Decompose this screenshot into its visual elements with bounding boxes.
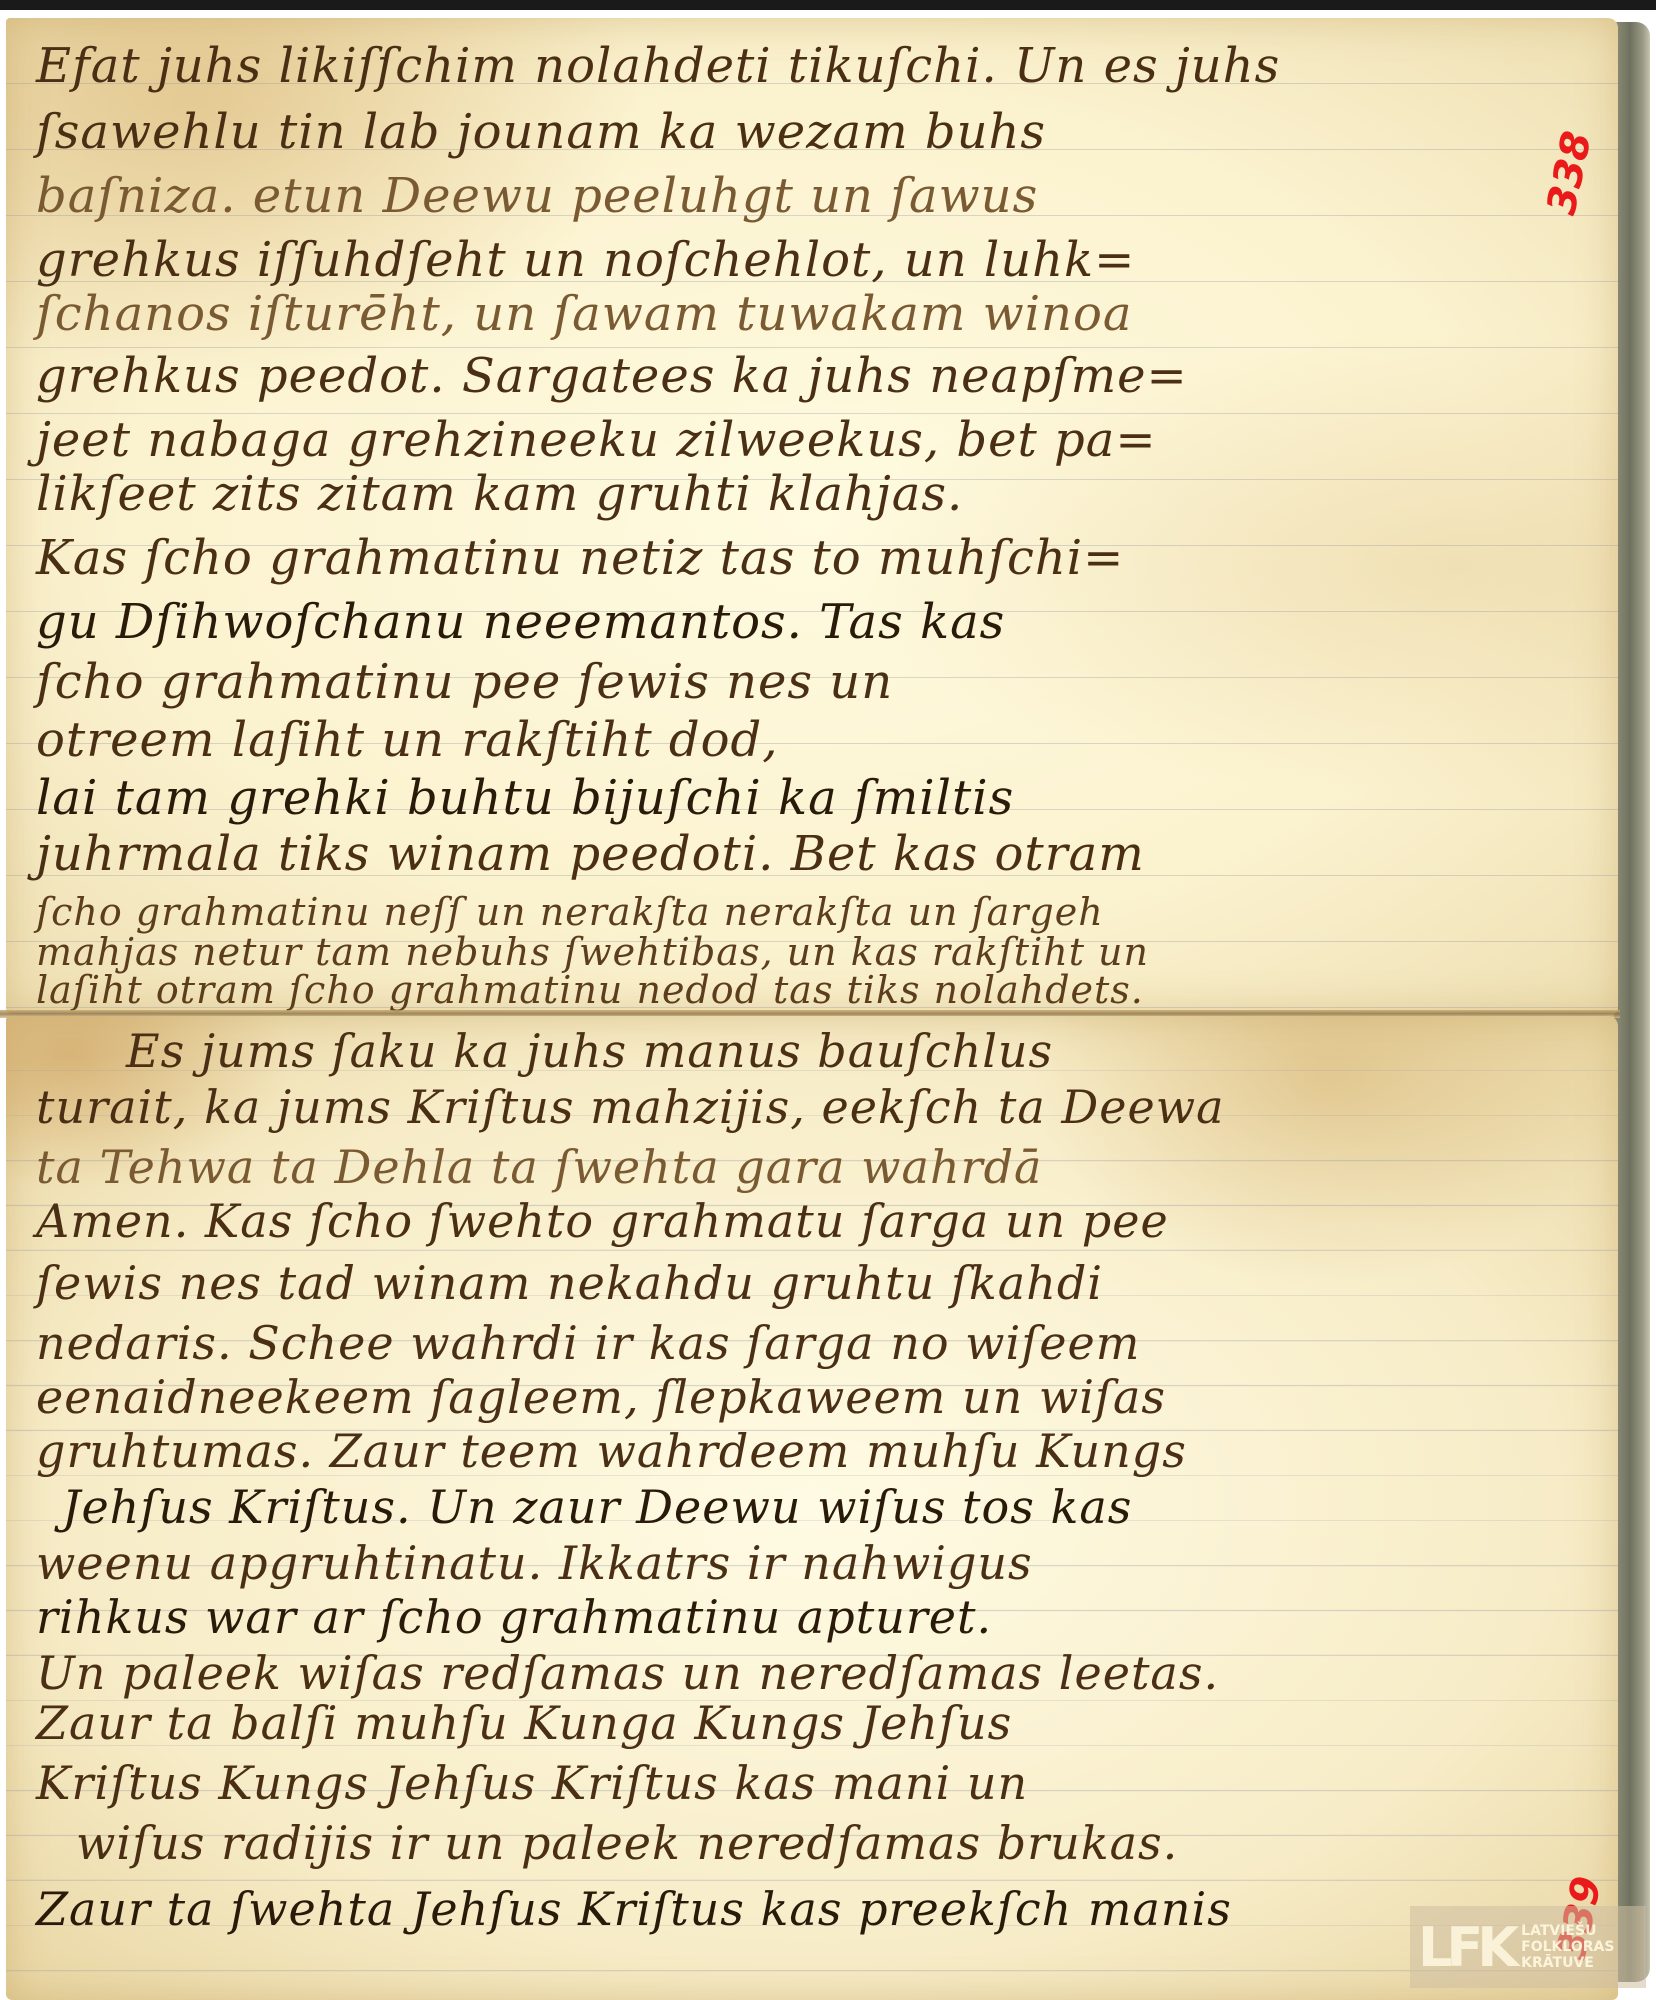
text-line: Kas ſcho grahmatinu netiz tas to muhſchi…	[36, 530, 1124, 586]
text-line: Kriſtus Kungs Jehſus Kriſtus kas mani un	[36, 1756, 1028, 1810]
lfk-logo-icon: LFK	[1418, 1916, 1513, 1979]
text-line: baſniza. etun Deewu peeluhgt un ſawus	[36, 168, 1038, 224]
text-line: weenu apgruhtinatu. Ikkatrs ir nahwigus	[36, 1536, 1033, 1590]
watermark-line: KRĀTUVE	[1521, 1955, 1614, 1971]
text-line: Un paleek wiſas redſamas un neredſamas l…	[36, 1646, 1219, 1700]
manuscript-page-338: Efat juhs likiſſchim nolahdeti tikuſchi.…	[6, 18, 1618, 1014]
text-line: grehkus iſſuhdſeht un noſchehlot, un luh…	[36, 232, 1135, 288]
text-line: Zaur ta balſi muhſu Kunga Kungs Jehſus	[36, 1696, 1012, 1750]
text-line: Amen. Kas ſcho ſwehto grahmatu ſarga un …	[36, 1194, 1169, 1248]
text-line: likſeet zits zitam kam gruhti klahjas.	[36, 466, 963, 522]
text-line: jeet nabaga grehzineeku zilweekus, bet p…	[36, 412, 1157, 468]
text-line: juhrmala tiks winam peedoti. Bet kas otr…	[36, 826, 1145, 882]
text-line: Efat juhs likiſſchim nolahdeti tikuſchi.…	[36, 38, 1280, 94]
text-line: Zaur ta ſwehta Jehſus Kriſtus kas preekſ…	[36, 1882, 1232, 1936]
text-line: laſiht otram ſcho grahmatinu nedod tas t…	[36, 968, 1144, 1012]
manuscript-page-339: Es jums ſaku ka juhs manus bauſchlus tur…	[6, 1016, 1618, 2000]
text-line: nedaris. Schee wahrdi ir kas ſarga no wi…	[36, 1316, 1140, 1370]
manuscript-scan: Efat juhs likiſſchim nolahdeti tikuſchi.…	[0, 0, 1656, 2000]
text-line: lai tam grehki buhtu bijuſchi ka ſmiltis	[36, 770, 1014, 826]
text-line: ſewis nes tad winam nekahdu gruhtu ſkahd…	[36, 1256, 1103, 1310]
text-line: Jehſus Kriſtus. Un zaur Deewu wiſus tos …	[62, 1480, 1132, 1534]
text-line: Es jums ſaku ka juhs manus bauſchlus	[126, 1024, 1053, 1078]
notebook-page-edges	[1614, 22, 1650, 1982]
text-line: turait, ka jums Kriſtus mahzijis, eekſch…	[36, 1080, 1225, 1134]
text-line: gu Dſihwoſchanu neeemantos. Tas kas	[36, 594, 1005, 650]
text-line: gruhtumas. Zaur teem wahrdeem muhſu Kung…	[36, 1424, 1187, 1478]
watermark-line: FOLKLORAS	[1521, 1939, 1614, 1955]
text-line: ſsawehlu tin lab jounam ka wezam buhs	[36, 104, 1046, 160]
scan-border	[0, 0, 1656, 10]
text-line: grehkus peedot. Sargatees ka juhs neapſm…	[36, 348, 1188, 404]
watermark-line: LATVIEŠU	[1521, 1923, 1614, 1939]
text-line: ſchanos iſturēht, un ſawam tuwakam winoa	[36, 286, 1132, 342]
text-line: eenaidneekeem ſagleem, ſlepkaweem un wiſ…	[36, 1370, 1166, 1424]
text-line: ta Tehwa ta Dehla ta ſwehta gara wahrdā	[36, 1140, 1042, 1194]
text-line: wiſus radijis ir un paleek neredſamas br…	[76, 1816, 1178, 1870]
text-line: otreem laſiht un rakſtiht dod,	[36, 712, 778, 768]
watermark-text: LATVIEŠU FOLKLORAS KRĀTUVE	[1521, 1923, 1614, 1971]
text-line: ſcho grahmatinu pee ſewis nes un	[36, 654, 893, 710]
archive-watermark: LFK LATVIEŠU FOLKLORAS KRĀTUVE	[1410, 1906, 1646, 1988]
text-line: rihkus war ar ſcho grahmatinu apturet.	[36, 1590, 992, 1644]
text-line: ſcho grahmatinu neſſ un nerakſta nerakſt…	[36, 890, 1104, 934]
